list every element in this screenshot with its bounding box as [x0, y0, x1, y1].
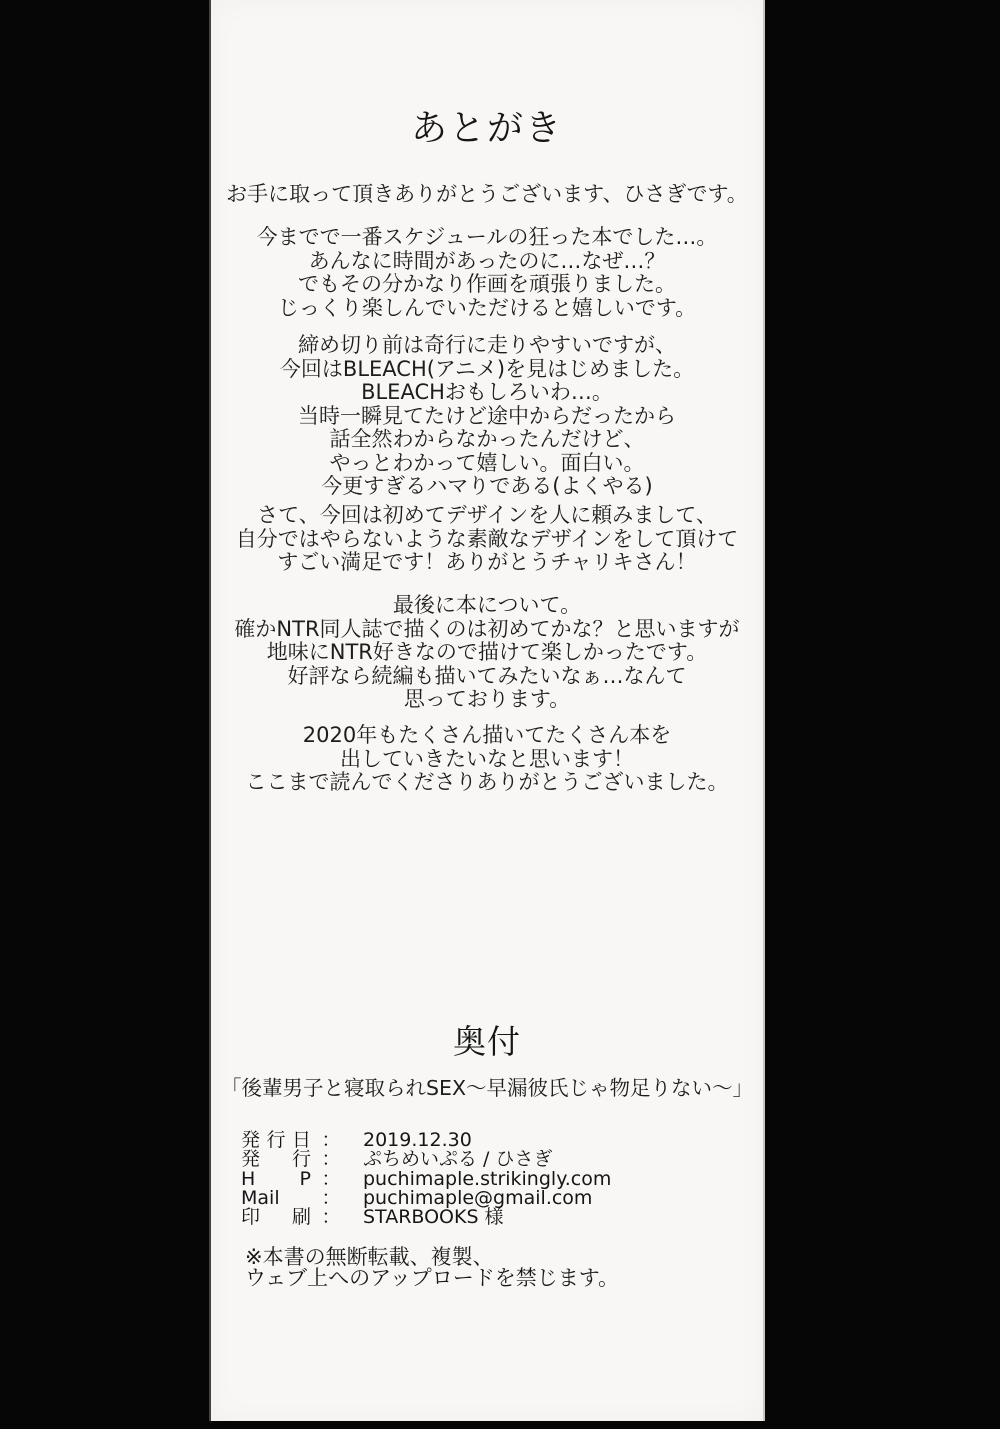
book-title: 「後輩男子と寝取られSEX～早漏彼氏じゃ物足りない～」: [211, 1071, 763, 1101]
text-line: 確かNTR同人誌で描くのは初めてかな？と思いますが: [211, 618, 763, 642]
colophon-label: H P: [241, 1170, 311, 1189]
colophon-value: STARBOOKS 様: [363, 1208, 504, 1227]
notice-line: ※本書の無断転載、複製、: [245, 1247, 619, 1268]
colophon-separator: ：: [311, 1150, 351, 1169]
colophon-title: 奥付: [211, 1016, 763, 1063]
afterword-paragraph: 締め切り前は奇行に走りやすいですが、 今回はBLEACH(アニメ)を見はじめまし…: [211, 334, 763, 499]
text-line: 地味にNTR好きなので描けて楽しかったです。: [211, 641, 763, 665]
afterword-paragraph: お手に取って頂きありがとうございます、ひさぎです。: [211, 183, 763, 207]
text-line: やっとわかって嬉しい。面白い。: [211, 452, 763, 476]
afterword-paragraph: さて、今回は初めてデザインを人に頼みまして、 自分ではやらないような素敵なデザイ…: [211, 504, 763, 575]
colophon-separator: ：: [311, 1170, 351, 1189]
text-line: 好評なら続編も描いてみたいなぁ…なんて: [211, 665, 763, 689]
text-line: 締め切り前は奇行に走りやすいですが、: [211, 334, 763, 358]
scanned-page: あとがき お手に取って頂きありがとうございます、ひさぎです。 今までで一番スケジ…: [209, 0, 765, 1421]
text-line: 今回はBLEACH(アニメ)を見はじめました。: [211, 358, 763, 382]
text-line: 2020年もたくさん描いてたくさん本を: [211, 724, 763, 748]
colophon-separator: ：: [311, 1208, 351, 1227]
text-line: すごい満足です！ありがとうチャリキさん！: [211, 551, 763, 575]
afterword-paragraph: 最後に本について。 確かNTR同人誌で描くのは初めてかな？と思いますが 地味にN…: [211, 594, 763, 712]
colophon-label: 印 刷: [241, 1208, 311, 1227]
text-line: お手に取って頂きありがとうございます、ひさぎです。: [211, 183, 763, 207]
colophon-label: 発 行: [241, 1150, 311, 1169]
text-line: ここまで読んでくださりありがとうございました。: [211, 771, 763, 795]
text-line: 今までで一番スケジュールの狂った本でした…。: [211, 226, 763, 250]
afterword-paragraph: 今までで一番スケジュールの狂った本でした…。 あんなに時間があったのに…なぜ…？…: [211, 226, 763, 320]
text-line: 出していきたいなと思います！: [211, 748, 763, 772]
colophon-table: 発行日 ： 2019.12.30 発 行 ： ぷちめいぷる / ひさぎ H P …: [241, 1131, 753, 1227]
colophon-value: ぷちめいぷる / ひさぎ: [363, 1150, 552, 1169]
text-line: でもその分かなり作画を頑張りました。: [211, 273, 763, 297]
text-line: 当時一瞬見てたけど途中からだったから: [211, 405, 763, 429]
colophon-row: 発 行 ： ぷちめいぷる / ひさぎ: [241, 1150, 753, 1169]
text-line: さて、今回は初めてデザインを人に頼みまして、: [211, 504, 763, 528]
notice-line: ウェブ上へのアップロードを禁じます。: [245, 1268, 619, 1289]
colophon-row: H P ： puchimaple.strikingly.com: [241, 1170, 753, 1189]
text-line: 自分ではやらないような素敵なデザインをして頂けて: [211, 528, 763, 552]
text-line: 話全然わからなかったんだけど、: [211, 428, 763, 452]
scan-background: { "afterword": { "title": "あとがき", "parag…: [0, 0, 1000, 1429]
text-line: 思っております。: [211, 688, 763, 712]
text-line: じっくり楽しんでいただけると嬉しいです。: [211, 297, 763, 321]
colophon-value: puchimaple.strikingly.com: [363, 1170, 611, 1189]
afterword-title: あとがき: [211, 100, 763, 151]
colophon-row: 印 刷 ： STARBOOKS 様: [241, 1208, 753, 1227]
afterword-paragraph: 2020年もたくさん描いてたくさん本を 出していきたいなと思います！ ここまで読…: [211, 724, 763, 795]
text-line: あんなに時間があったのに…なぜ…？: [211, 250, 763, 274]
text-line: 最後に本について。: [211, 594, 763, 618]
copyright-notice: ※本書の無断転載、複製、 ウェブ上へのアップロードを禁じます。: [245, 1247, 619, 1288]
text-line: 今更すぎるハマりである(よくやる): [211, 475, 763, 499]
text-line: BLEACHおもしろいわ…。: [211, 381, 763, 405]
